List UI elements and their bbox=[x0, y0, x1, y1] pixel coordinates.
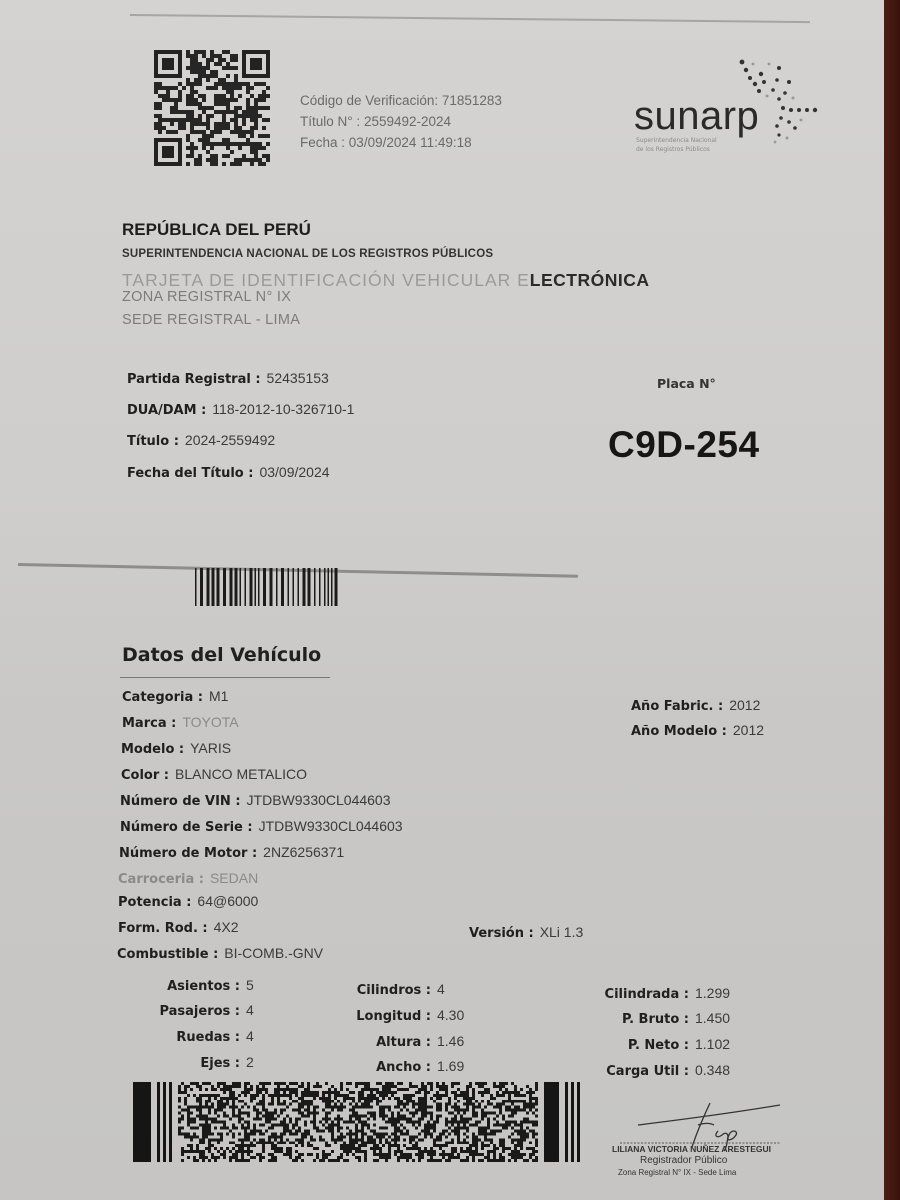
country-heading: REPÚBLICA DEL PERÚ bbox=[122, 220, 311, 240]
verification-code-label: Código de Verificación: bbox=[300, 93, 438, 108]
spec-col-3-row: Carga Util :0.348 bbox=[606, 1060, 695, 1079]
vehicle-field-value: TOYOTA bbox=[182, 714, 238, 730]
version-row: Versión :XLi 1.3 bbox=[469, 922, 583, 941]
dua-row: DUA/DAM :118-2012-10-326710-1 bbox=[127, 399, 354, 418]
partida-label: Partida Registral : bbox=[127, 372, 261, 387]
vehicle-field-label: Combustible : bbox=[117, 947, 218, 962]
signature-block: LILIANA VICTORIA NUÑEZ ARESTEGUI Registr… bbox=[600, 1095, 800, 1190]
spec-label: Altura : bbox=[376, 1035, 431, 1050]
vehicle-field-row: Form. Rod. :4X2 bbox=[118, 917, 239, 936]
registrar-name: LILIANA VICTORIA NUÑEZ ARESTEGUI bbox=[612, 1144, 771, 1154]
verification-code: 71851283 bbox=[442, 93, 502, 108]
vehicle-field-value: BI-COMB.-GNV bbox=[224, 945, 323, 961]
fecha-titulo-label: Fecha del Título : bbox=[127, 466, 253, 481]
vehicle-field-row: Modelo :YARIS bbox=[121, 738, 231, 757]
vehicle-section-title: Datos del Vehículo bbox=[122, 644, 321, 666]
vehicle-field-row: Color :BLANCO METALICO bbox=[121, 764, 307, 783]
vehicle-field-label: Categoria : bbox=[122, 690, 203, 705]
date-label: Fecha : bbox=[300, 135, 345, 150]
vehicle-field-row: Número de Serie :JTDBW9330CL044603 bbox=[120, 816, 403, 835]
vehicle-field-value: YARIS bbox=[190, 740, 231, 756]
registry-zone: ZONA REGISTRAL N° IX bbox=[122, 289, 291, 305]
spec-col-2-row: Altura :1.46 bbox=[376, 1031, 437, 1050]
vehicle-field-label: Form. Rod. : bbox=[118, 921, 208, 936]
spec-col-3-row: Cilindrada :1.299 bbox=[605, 983, 695, 1002]
vehicle-field-value: JTDBW9330CL044603 bbox=[247, 792, 391, 808]
version-label: Versión : bbox=[469, 926, 534, 941]
vehicle-field-value: JTDBW9330CL044603 bbox=[259, 818, 403, 834]
linear-barcode bbox=[195, 568, 343, 606]
year-model-value: 2012 bbox=[733, 722, 764, 738]
spec-col-1-row: Asientos :5 bbox=[167, 975, 246, 994]
spec-col-2-row: Longitud :4.30 bbox=[356, 1005, 437, 1024]
spec-label: Cilindrada : bbox=[605, 987, 689, 1002]
fecha-titulo-row: Fecha del Título :03/09/2024 bbox=[127, 462, 330, 481]
partida-value: 52435153 bbox=[267, 370, 329, 386]
registry-office: SEDE REGISTRAL - LIMA bbox=[122, 312, 300, 328]
titulo-value: 2024-2559492 bbox=[185, 432, 275, 448]
vehicle-field-row: Carroceria :SEDAN bbox=[118, 868, 258, 887]
spec-col-3-row: P. Bruto :1.450 bbox=[622, 1008, 695, 1027]
year-fab-label: Año Fabric. : bbox=[631, 699, 723, 714]
vehicle-field-label: Potencia : bbox=[118, 895, 191, 910]
sunarp-logo: sunarp Superintendencia Nacional de los … bbox=[634, 58, 834, 158]
spec-label: Ejes : bbox=[200, 1056, 240, 1071]
vehicle-field-row: Categoria :M1 bbox=[122, 686, 228, 705]
vehicle-field-row: Combustible :BI-COMB.-GNV bbox=[117, 943, 323, 962]
card-title-bold: LECTRÓNICA bbox=[530, 270, 650, 290]
vehicle-field-label: Número de Motor : bbox=[119, 846, 257, 861]
spec-label: Pasajeros : bbox=[159, 1004, 240, 1019]
vehicle-field-row: Número de Motor :2NZ6256371 bbox=[119, 842, 344, 861]
sunarp-wordmark: sunarp bbox=[634, 94, 759, 139]
card-title: TARJETA DE IDENTIFICACIÓN VEHICULAR ELEC… bbox=[122, 270, 650, 291]
vehicle-field-value: 2NZ6256371 bbox=[263, 844, 344, 860]
agency-heading: SUPERINTENDENCIA NACIONAL DE LOS REGISTR… bbox=[122, 248, 493, 260]
vehicle-field-label: Color : bbox=[121, 768, 169, 783]
registrar-zone: Zona Registral N° IX - Sede Lima bbox=[618, 1168, 736, 1177]
vehicle-field-row: Marca :TOYOTA bbox=[122, 712, 239, 731]
vehicle-field-value: 64@6000 bbox=[197, 893, 258, 909]
spec-col-1-row: Ruedas :4 bbox=[176, 1026, 246, 1045]
date-value: 03/09/2024 11:49:18 bbox=[349, 135, 472, 150]
vehicle-field-row: Potencia :64@6000 bbox=[118, 891, 258, 910]
vehicle-field-label: Marca : bbox=[122, 716, 176, 731]
spec-label: Cilindros : bbox=[357, 983, 431, 998]
table-edge-background bbox=[884, 0, 900, 1200]
partida-row: Partida Registral :52435153 bbox=[127, 368, 329, 387]
vehicle-field-label: Carroceria : bbox=[118, 872, 204, 887]
vehicle-field-row: Número de VIN :JTDBW9330CL044603 bbox=[120, 790, 391, 809]
qr-code bbox=[152, 50, 272, 166]
spec-col-1-row: Pasajeros :4 bbox=[159, 1000, 246, 1019]
registrar-role: Registrador Público bbox=[640, 1155, 727, 1166]
verification-meta: Código de Verificación: 71851283 Título … bbox=[300, 90, 502, 153]
spec-label: Asientos : bbox=[167, 979, 240, 994]
spec-label: P. Bruto : bbox=[622, 1012, 689, 1027]
sunarp-tagline-line1: Superintendencia Nacional bbox=[636, 136, 717, 145]
version-value: XLi 1.3 bbox=[540, 924, 584, 940]
vehicle-field-value: M1 bbox=[209, 688, 228, 704]
fecha-titulo-value: 03/09/2024 bbox=[259, 464, 329, 480]
spec-col-2-row: Cilindros :4 bbox=[357, 979, 437, 998]
vehicle-field-label: Modelo : bbox=[121, 742, 184, 757]
spec-label: Ruedas : bbox=[176, 1030, 240, 1045]
year-model-row: Año Modelo :2012 bbox=[631, 720, 764, 739]
vehicle-field-value: BLANCO METALICO bbox=[175, 766, 307, 782]
title-number-label: Título N° : bbox=[300, 114, 360, 129]
spec-col-1-row: Ejes :2 bbox=[200, 1052, 246, 1071]
vehicle-field-label: Número de Serie : bbox=[120, 820, 253, 835]
vehicle-field-value: 4X2 bbox=[214, 919, 239, 935]
titulo-label: Título : bbox=[127, 434, 179, 449]
year-fab-row: Año Fabric. :2012 bbox=[631, 695, 760, 714]
spec-col-2-row: Ancho :1.69 bbox=[376, 1056, 437, 1075]
spec-label: P. Neto : bbox=[628, 1038, 689, 1053]
section-divider bbox=[120, 677, 330, 678]
year-fab-value: 2012 bbox=[729, 697, 760, 713]
dua-label: DUA/DAM : bbox=[127, 403, 206, 418]
dua-value: 118-2012-10-326710-1 bbox=[212, 401, 354, 417]
sunarp-tagline: Superintendencia Nacional de los Registr… bbox=[636, 136, 717, 154]
card-title-faint: TARJETA DE IDENTIFICACIÓN VEHICULAR E bbox=[122, 270, 530, 290]
sunarp-tagline-line2: de los Registros Públicos bbox=[636, 145, 717, 154]
titulo-row: Título :2024-2559492 bbox=[127, 430, 275, 449]
year-model-label: Año Modelo : bbox=[631, 724, 727, 739]
spec-col-3-row: P. Neto :1.102 bbox=[628, 1034, 695, 1053]
spec-label: Longitud : bbox=[356, 1009, 431, 1024]
spec-label: Ancho : bbox=[376, 1060, 431, 1075]
placa-number: C9D-254 bbox=[608, 424, 760, 466]
placa-label: Placa N° bbox=[657, 376, 716, 391]
vehicle-field-value: SEDAN bbox=[210, 870, 258, 886]
spec-label: Carga Util : bbox=[606, 1064, 689, 1079]
vehicle-field-label: Número de VIN : bbox=[120, 794, 241, 809]
pdf417-barcode bbox=[133, 1082, 583, 1162]
title-number: 2559492-2024 bbox=[364, 114, 451, 129]
